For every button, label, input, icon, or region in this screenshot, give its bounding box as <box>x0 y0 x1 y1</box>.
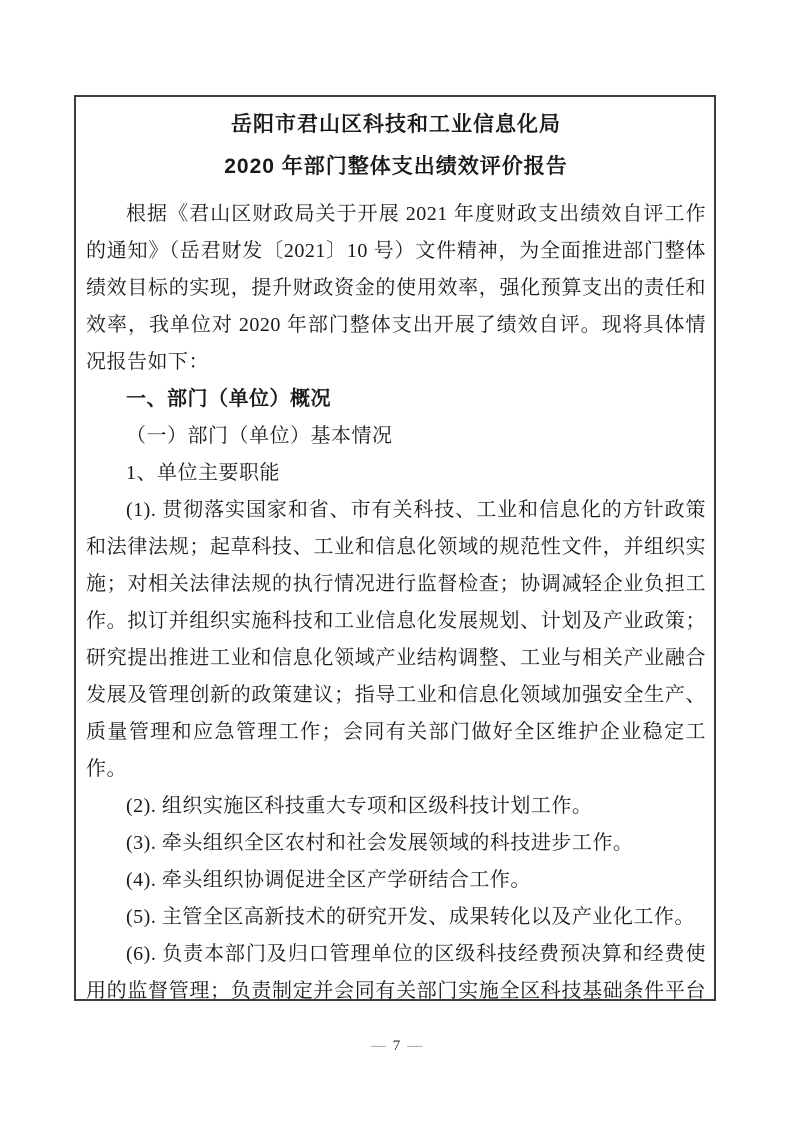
document-title: 岳阳市君山区科技和工业信息化局 <box>86 108 706 141</box>
subsection-heading-basic-info: （一）部门（单位）基本情况 <box>86 418 706 455</box>
function-item-1: (1). 贯彻落实国家和省、市有关科技、工业和信息化的方针政策和法律法规；起草科… <box>86 492 706 788</box>
page: { "doc": { "title": "岳阳市君山区科技和工业信息化局", "… <box>0 0 793 1122</box>
section-heading-overview: 一、部门（单位）概况 <box>86 381 706 418</box>
function-item-4: (4). 牵头组织协调促进全区产学研结合工作。 <box>86 862 706 899</box>
function-item-3: (3). 牵头组织全区农村和社会发展领域的科技进步工作。 <box>86 825 706 862</box>
function-item-5: (5). 主管全区高新技术的研究开发、成果转化以及产业化工作。 <box>86 899 706 936</box>
page-number-footer: —7— <box>0 1036 793 1056</box>
footer-left-dash: — <box>364 1038 393 1054</box>
document-subtitle: 2020 年部门整体支出绩效评价报告 <box>86 150 706 183</box>
footer-right-dash: — <box>400 1038 429 1054</box>
intro-paragraph: 根据《君山区财政局关于开展 2021 年度财政支出绩效自评工作的通知》（岳君财发… <box>86 196 706 381</box>
function-item-6: (6). 负责本部门及归口管理单位的区级科技经费预决算和经费使用的监督管理；负责… <box>86 936 706 1001</box>
document-border-frame: 岳阳市君山区科技和工业信息化局 2020 年部门整体支出绩效评价报告 根据《君山… <box>74 95 716 1001</box>
list-heading-main-functions: 1、单位主要职能 <box>86 455 706 492</box>
function-item-2: (2). 组织实施区科技重大专项和区级科技计划工作。 <box>86 788 706 825</box>
